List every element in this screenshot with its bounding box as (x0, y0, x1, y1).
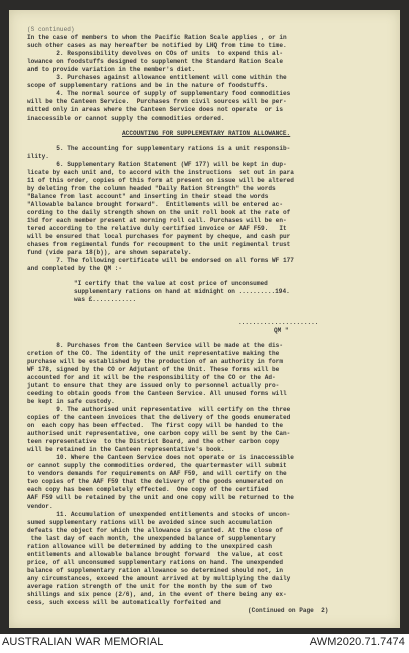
para-line: be kept in safe custody. (27, 398, 379, 406)
section-heading: ACCOUNTING FOR SUPPLEMENTARY RATION ALLO… (27, 130, 379, 138)
spacer (27, 335, 379, 342)
para-line: 11 of this order, copies of this form at… (27, 177, 379, 185)
para-line: scope of supplementary rations and be in… (27, 82, 379, 90)
para-line: any circumstances, exceed the amount arr… (27, 575, 379, 583)
paragraph-3: 3. Purchases against allowance entitleme… (27, 74, 379, 90)
para-line: on each copy has been effected. The firs… (27, 422, 379, 430)
para-line: purchase will be established by the prod… (27, 358, 379, 366)
para-line: 8. Purchases from the Canteen Service wi… (27, 342, 379, 350)
para-line: chases from regimental funds for recoupm… (27, 241, 379, 249)
para-line: inaccessible or cannot supply the commod… (27, 115, 379, 123)
para-line: "Allowable balance brought forward". Ent… (27, 201, 379, 209)
spacer (27, 273, 379, 280)
paragraph-10: 10. Where the Canteen Service does not o… (27, 454, 379, 510)
continued-note: (Continued on Page 2) (27, 607, 379, 615)
para-line: shillings and six pence (2/6), and, in t… (27, 591, 379, 599)
institution-caption: AUSTRALIAN WAR MEMORIAL (2, 636, 163, 648)
para-line: and completed by the QM :- (27, 265, 379, 273)
para-line: ration allowance will be determined by a… (27, 543, 379, 551)
para-line: price, of all unconsumed supplementary r… (27, 559, 379, 567)
para-line: 10. Where the Canteen Service does not o… (27, 454, 379, 462)
para-line: will be the Canteen Service. Purchases f… (27, 98, 379, 106)
para-line: accounted for and it will be the respons… (27, 374, 379, 382)
para-line: 4. The normal source of supply of supple… (27, 90, 379, 98)
certificate-line: was £............ (74, 296, 379, 304)
para-line: sumed supplementary rations will be avoi… (27, 519, 379, 527)
para-line: WF 178, signed by the CO or Adjutant of … (27, 366, 379, 374)
paragraph-2: 2. Responsibility devolves on COs of uni… (27, 50, 379, 74)
signature-title: QM " (27, 327, 379, 335)
para-line: 9. The authorised unit representative wi… (27, 406, 379, 414)
para-line: 2. Responsibility devolves on COs of uni… (27, 50, 379, 58)
para-line: "Balance from last account" and insertin… (27, 193, 379, 201)
para-line: average ration strength of the unit for … (27, 583, 379, 591)
para-line: tered according to the relative duly cer… (27, 225, 379, 233)
para1-line: such other cases as may hereafter be not… (27, 42, 379, 50)
para-line: ceeding to obtain goods from the Canteen… (27, 390, 379, 398)
para-line: the last day of each month, the unexpend… (27, 535, 379, 543)
signature-line: ...................... (27, 319, 379, 327)
para-line: defeats the object for which the allowan… (27, 527, 379, 535)
para-line: and to provide variation in the member's… (27, 66, 379, 74)
para-line: 6. Supplementary Ration Statement (WF 17… (27, 161, 379, 169)
paragraph-9: 9. The authorised unit representative wi… (27, 406, 379, 454)
paragraph-5: 5. The accounting for supplementary rati… (27, 145, 379, 161)
para-line: cess, such excess will be automatically … (27, 599, 379, 607)
spacer (27, 138, 379, 145)
para-line: will be retained in the Canteen represen… (27, 446, 379, 454)
para-line: balance of supplementary ration allowanc… (27, 567, 379, 575)
para-line: entitlements and allowable balance broug… (27, 551, 379, 559)
spacer (27, 305, 379, 319)
para-line: copies of the canteen invoices that the … (27, 414, 379, 422)
para-line: each copy has been completely effected. … (27, 486, 379, 494)
para-line: lowance on foodstuffs designed to supple… (27, 58, 379, 66)
paragraph-7: 7. The following certificate will be end… (27, 257, 379, 273)
certificate-line: "I certify that the value at cost price … (74, 280, 379, 288)
para-line: vendor. (27, 503, 379, 511)
para-line: AAF F59 will be retained by the unit and… (27, 494, 379, 502)
para-line: mitted only in areas where the Canteen S… (27, 106, 379, 114)
para-line: or cannot supply the commodities ordered… (27, 462, 379, 470)
para-line: cretion of the CO. The identity of the u… (27, 350, 379, 358)
para-line: 7. The following certificate will be end… (27, 257, 379, 265)
para-line: jutant to ensure that they are issued on… (27, 382, 379, 390)
para-line: authorised unit representative, one carb… (27, 430, 379, 438)
accession-number: AWM2020.71.7474 (310, 636, 405, 648)
para-line: 11. Accumulation of unexpended entitleme… (27, 511, 379, 519)
certificate-line: supplementary rations on hand at midnigh… (74, 288, 379, 296)
para-line: teen representative to the District Boar… (27, 438, 379, 446)
para-line: fund (vide para 18(b)), are shown separa… (27, 249, 379, 257)
para-line: cording to the daily strength shown on t… (27, 209, 379, 217)
document-text: (S continued) In the case of members to … (27, 26, 379, 615)
para-line: 5. The accounting for supplementary rati… (27, 145, 379, 153)
paragraph-4: 4. The normal source of supply of supple… (27, 90, 379, 122)
para-line: two copies of the AAF F59 that the deliv… (27, 478, 379, 486)
para1-line: In the case of members to whom the Pacif… (27, 34, 379, 42)
paragraph-6: 6. Supplementary Ration Statement (WF 17… (27, 161, 379, 258)
para-line: licate by each unit and, to accord with … (27, 169, 379, 177)
para-line: to vendors demands for requirements on A… (27, 470, 379, 478)
para-line: ility. (27, 153, 379, 161)
paragraph-8: 8. Purchases from the Canteen Service wi… (27, 342, 379, 406)
para-line: 3. Purchases against allowance entitleme… (27, 74, 379, 82)
para-line: 1½d for each member present at morning r… (27, 217, 379, 225)
certificate-block: "I certify that the value at cost price … (27, 280, 379, 304)
spacer (27, 123, 379, 130)
paragraph-11: 11. Accumulation of unexpended entitleme… (27, 511, 379, 608)
continued-header: (S continued) (27, 26, 379, 34)
para-line: by deleting from the column headed "Dail… (27, 185, 379, 193)
para-line: will be ensured that local purchases for… (27, 233, 379, 241)
